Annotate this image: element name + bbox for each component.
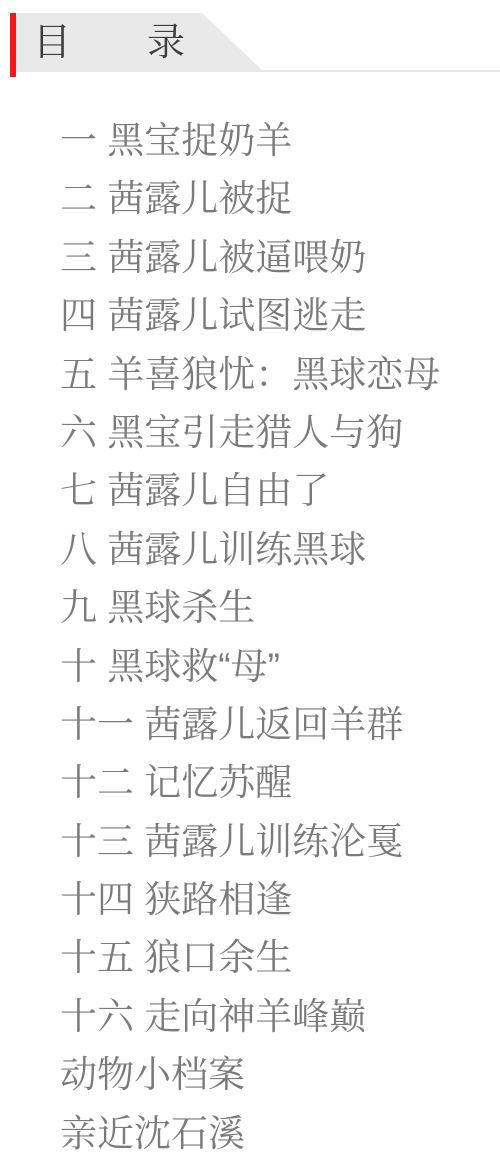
toc-item-chapter-14[interactable]: 十四 狭路相逢 bbox=[60, 871, 500, 929]
toc-item-chapter-9[interactable]: 九 黑球杀生 bbox=[60, 579, 500, 637]
toc-item-about-author[interactable]: 亲近沈石溪 bbox=[60, 1105, 500, 1163]
toc-item-chapter-6[interactable]: 六 黑宝引走猎人与狗 bbox=[60, 404, 500, 462]
toc-item-animal-profile[interactable]: 动物小档案 bbox=[60, 1046, 500, 1104]
toc-item-chapter-8[interactable]: 八 茜露儿训练黑球 bbox=[60, 521, 500, 579]
toc-item-chapter-2[interactable]: 二 茜露儿被捉 bbox=[60, 170, 500, 228]
toc-item-chapter-15[interactable]: 十五 狼口余生 bbox=[60, 929, 500, 987]
toc-header: 目 录 bbox=[0, 0, 500, 80]
toc-item-chapter-4[interactable]: 四 茜露儿试图逃走 bbox=[60, 287, 500, 345]
toc-item-chapter-12[interactable]: 十二 记忆苏醒 bbox=[60, 754, 500, 812]
toc-item-chapter-3[interactable]: 三 茜露儿被逼喂奶 bbox=[60, 229, 500, 287]
toc-item-chapter-13[interactable]: 十三 茜露儿训练沦戛 bbox=[60, 813, 500, 871]
toc-item-chapter-5[interactable]: 五 羊喜狼忧：黑球恋母 bbox=[60, 346, 500, 404]
toc-item-chapter-10[interactable]: 十 黑球救“母” bbox=[60, 638, 500, 696]
toc-item-chapter-16[interactable]: 十六 走向神羊峰巅 bbox=[60, 988, 500, 1046]
page-title: 目 录 bbox=[16, 24, 185, 62]
toc-item-chapter-7[interactable]: 七 茜露儿自由了 bbox=[60, 462, 500, 520]
toc-list: 一 黑宝捉奶羊 二 茜露儿被捉 三 茜露儿被逼喂奶 四 茜露儿试图逃走 五 羊喜… bbox=[0, 112, 500, 1163]
red-accent-bar bbox=[10, 13, 16, 77]
toc-item-chapter-1[interactable]: 一 黑宝捉奶羊 bbox=[60, 112, 500, 170]
toc-tab: 目 录 bbox=[16, 13, 264, 72]
toc-item-chapter-11[interactable]: 十一 茜露儿返回羊群 bbox=[60, 696, 500, 754]
